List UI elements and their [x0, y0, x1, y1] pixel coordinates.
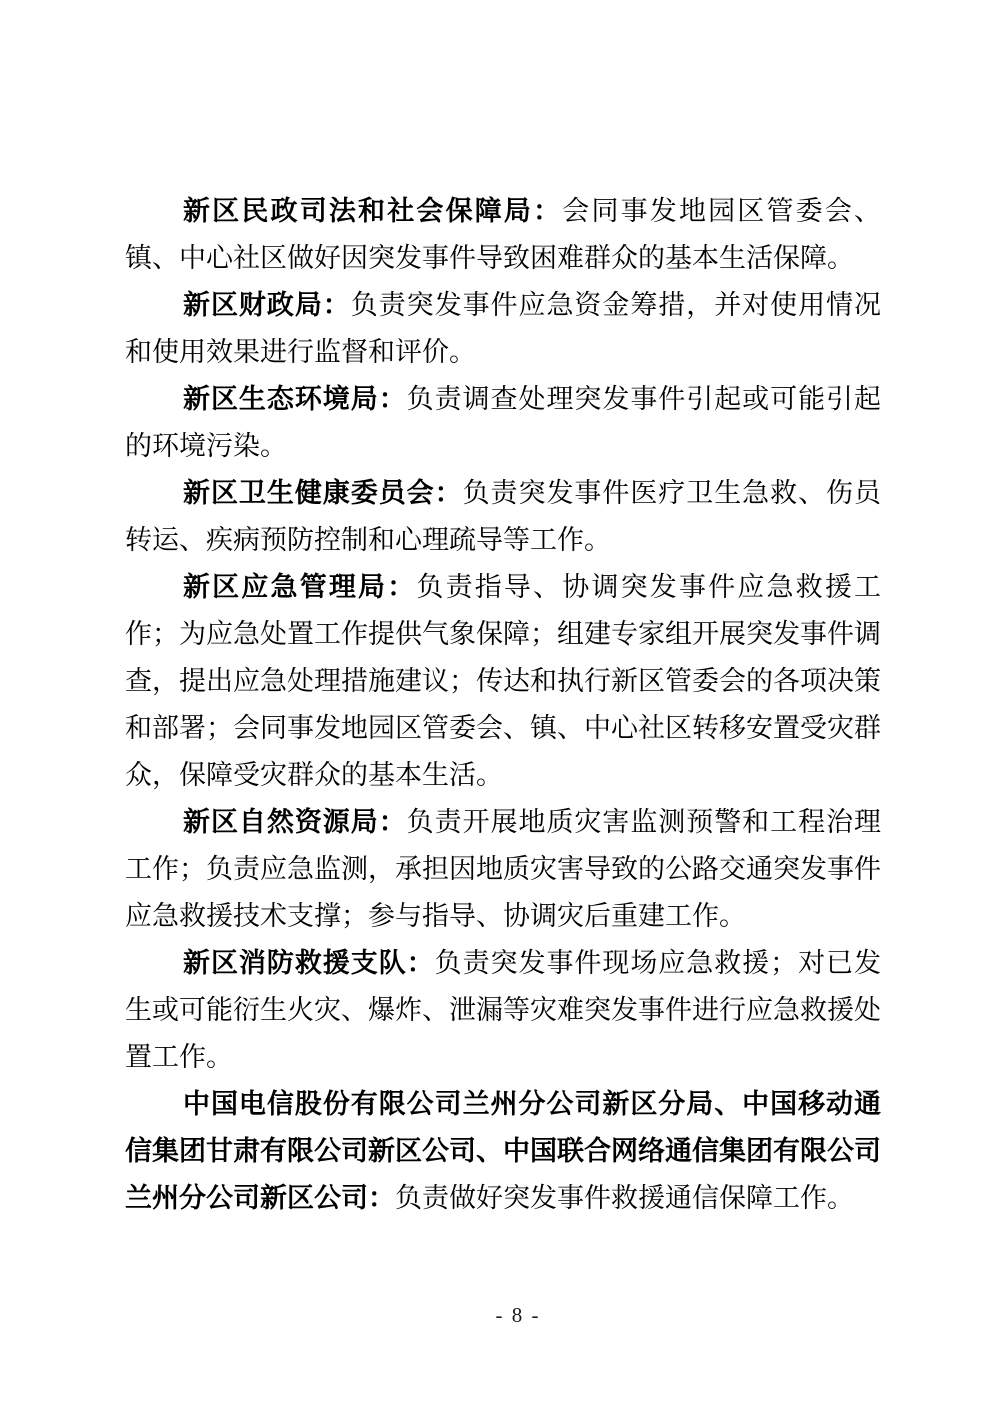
paragraph: 中国电信股份有限公司兰州分公司新区分局、中国移动通信集团甘肃有限公司新区公司、中…	[125, 1081, 881, 1222]
document-page: 新区民政司法和社会保障局：会同事发地园区管委会、镇、中心社区做好因突发事件导致困…	[0, 0, 1000, 1414]
paragraph-text: 负责做好突发事件救援通信保障工作。	[395, 1183, 854, 1213]
department-name: 新区财政局：	[183, 290, 351, 320]
paragraph: 新区消防救援支队：负责突发事件现场应急救援；对已发生或可能衍生火灾、爆炸、泄漏等…	[125, 940, 881, 1081]
department-name: 新区生态环境局：	[183, 384, 407, 414]
department-name: 新区应急管理局：	[183, 572, 416, 602]
department-name: 新区自然资源局：	[183, 807, 407, 837]
paragraph: 新区卫生健康委员会：负责突发事件医疗卫生急救、伤员转运、疾病预防控制和心理疏导等…	[125, 470, 881, 564]
paragraph: 新区民政司法和社会保障局：会同事发地园区管委会、镇、中心社区做好因突发事件导致困…	[125, 188, 881, 282]
paragraph-text: 负责指导、协调突发事件应急救援工作；为应急处置工作提供气象保障；组建专家组开展突…	[125, 572, 881, 790]
paragraph: 新区财政局：负责突发事件应急资金筹措，并对使用情况和使用效果进行监督和评价。	[125, 282, 881, 376]
paragraph: 新区应急管理局：负责指导、协调突发事件应急救援工作；为应急处置工作提供气象保障；…	[125, 564, 881, 799]
paragraph: 新区生态环境局：负责调查处理突发事件引起或可能引起的环境污染。	[125, 376, 881, 470]
department-name: 新区卫生健康委员会：	[183, 478, 463, 508]
department-name: 新区民政司法和社会保障局：	[183, 196, 562, 226]
department-name: 新区消防救援支队：	[183, 948, 435, 978]
page-number: - 8 -	[36, 1303, 1000, 1328]
paragraph: 新区自然资源局：负责开展地质灾害监测预警和工程治理工作；负责应急监测，承担因地质…	[125, 799, 881, 940]
document-body: 新区民政司法和社会保障局：会同事发地园区管委会、镇、中心社区做好因突发事件导致困…	[125, 188, 881, 1222]
